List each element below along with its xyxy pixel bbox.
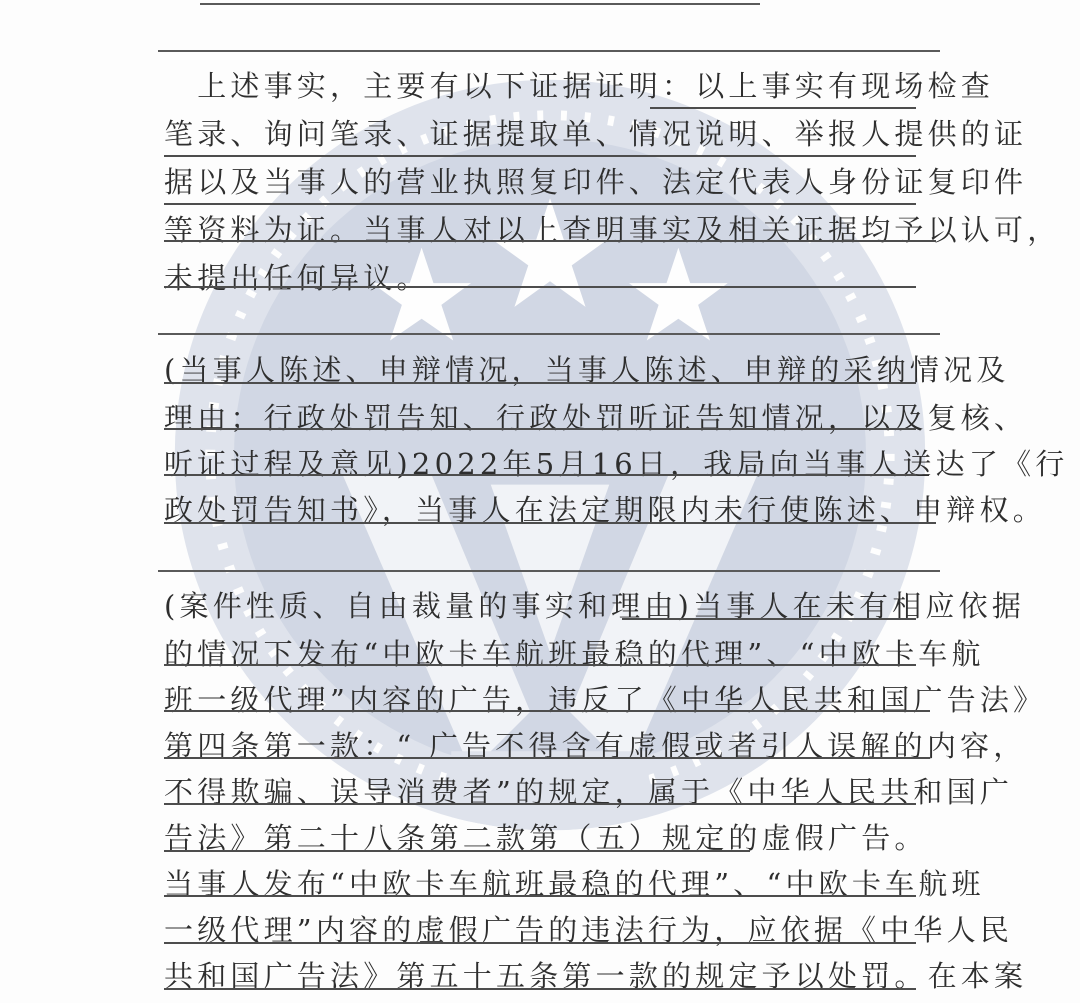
section-rule [158,50,940,52]
text-line: 据以及当事人的营业执照复印件、法定代表人身份证复印件 [164,162,1027,202]
underline [622,618,916,620]
text-line: (案件性质、自由裁量的事实和理由)当事人在未有相应依据 [164,586,1025,626]
text-line: 一级代理”内容的虚假广告的违法行为，应依据《中华人民 [164,910,1013,950]
text-line: 不得欺骗、误导消费者”的规定，属于《中华人民共和国广 [164,772,1013,812]
text-line: (当事人陈述、申辩情况，当事人陈述、申辩的采纳情况及 [164,350,1010,390]
underline [164,988,916,990]
underline [164,286,916,288]
text-line: 未提出任何异议。 [164,258,430,298]
underline [164,803,916,805]
underline [164,240,936,242]
text-line: 的情况下发布“中欧卡车航班最稳的代理”、“中欧卡车航 [164,634,985,674]
section-rule [158,570,940,572]
text-line: 告法》第二十八条第二款第（五）规定的虚假广告。 [164,818,928,858]
document-page: 上述事实，主要有以下证据证明：以上事实有现场检查 笔录、询问笔录、证据提取单、情… [0,0,1080,1003]
underline [164,522,936,524]
text-line: 听证过程及意见)2022年5月16日，我局向当事人送达了《行 [164,444,1068,484]
text-line: 班一级代理”内容的广告，违反了《中华人民共和国广告法》 [164,680,1046,720]
underline [164,474,916,476]
section-rule [158,333,940,335]
text-line: 理由；行政处罚告知、行政处罚听证告知情况，以及复核、 [164,398,1027,438]
underline [164,428,916,430]
underline [164,757,930,759]
top-partial-rule [200,3,760,5]
underline [164,710,930,712]
underline [164,895,916,897]
text-line: 共和国广告法》第五十五条第一款的规定予以处罚。在本案 [164,956,1027,996]
underline [164,942,916,944]
text-line: 政处罚告知书》，当事人在法定期限内未行使陈述、申辩权。 [164,490,1046,530]
underline [650,107,916,109]
underline [164,155,916,157]
text-line: 第四条第一款：“ 广告不得含有虚假或者引人误解的内容， [164,726,1026,766]
underline [164,382,916,384]
text-line: 上述事实，主要有以下证据证明：以上事实有现场检查 [164,66,994,106]
text-line: 笔录、询问笔录、证据提取单、情况说明、举报人提供的证 [164,114,1027,154]
underline [164,203,916,205]
text-line: 等资料为证。当事人对以上查明事实及相关证据均予以认可， [164,210,1060,250]
underline [164,850,750,852]
text-line: 当事人发布“中欧卡车航班最稳的代理”、“中欧卡车航班 [164,864,985,904]
underline [164,664,916,666]
